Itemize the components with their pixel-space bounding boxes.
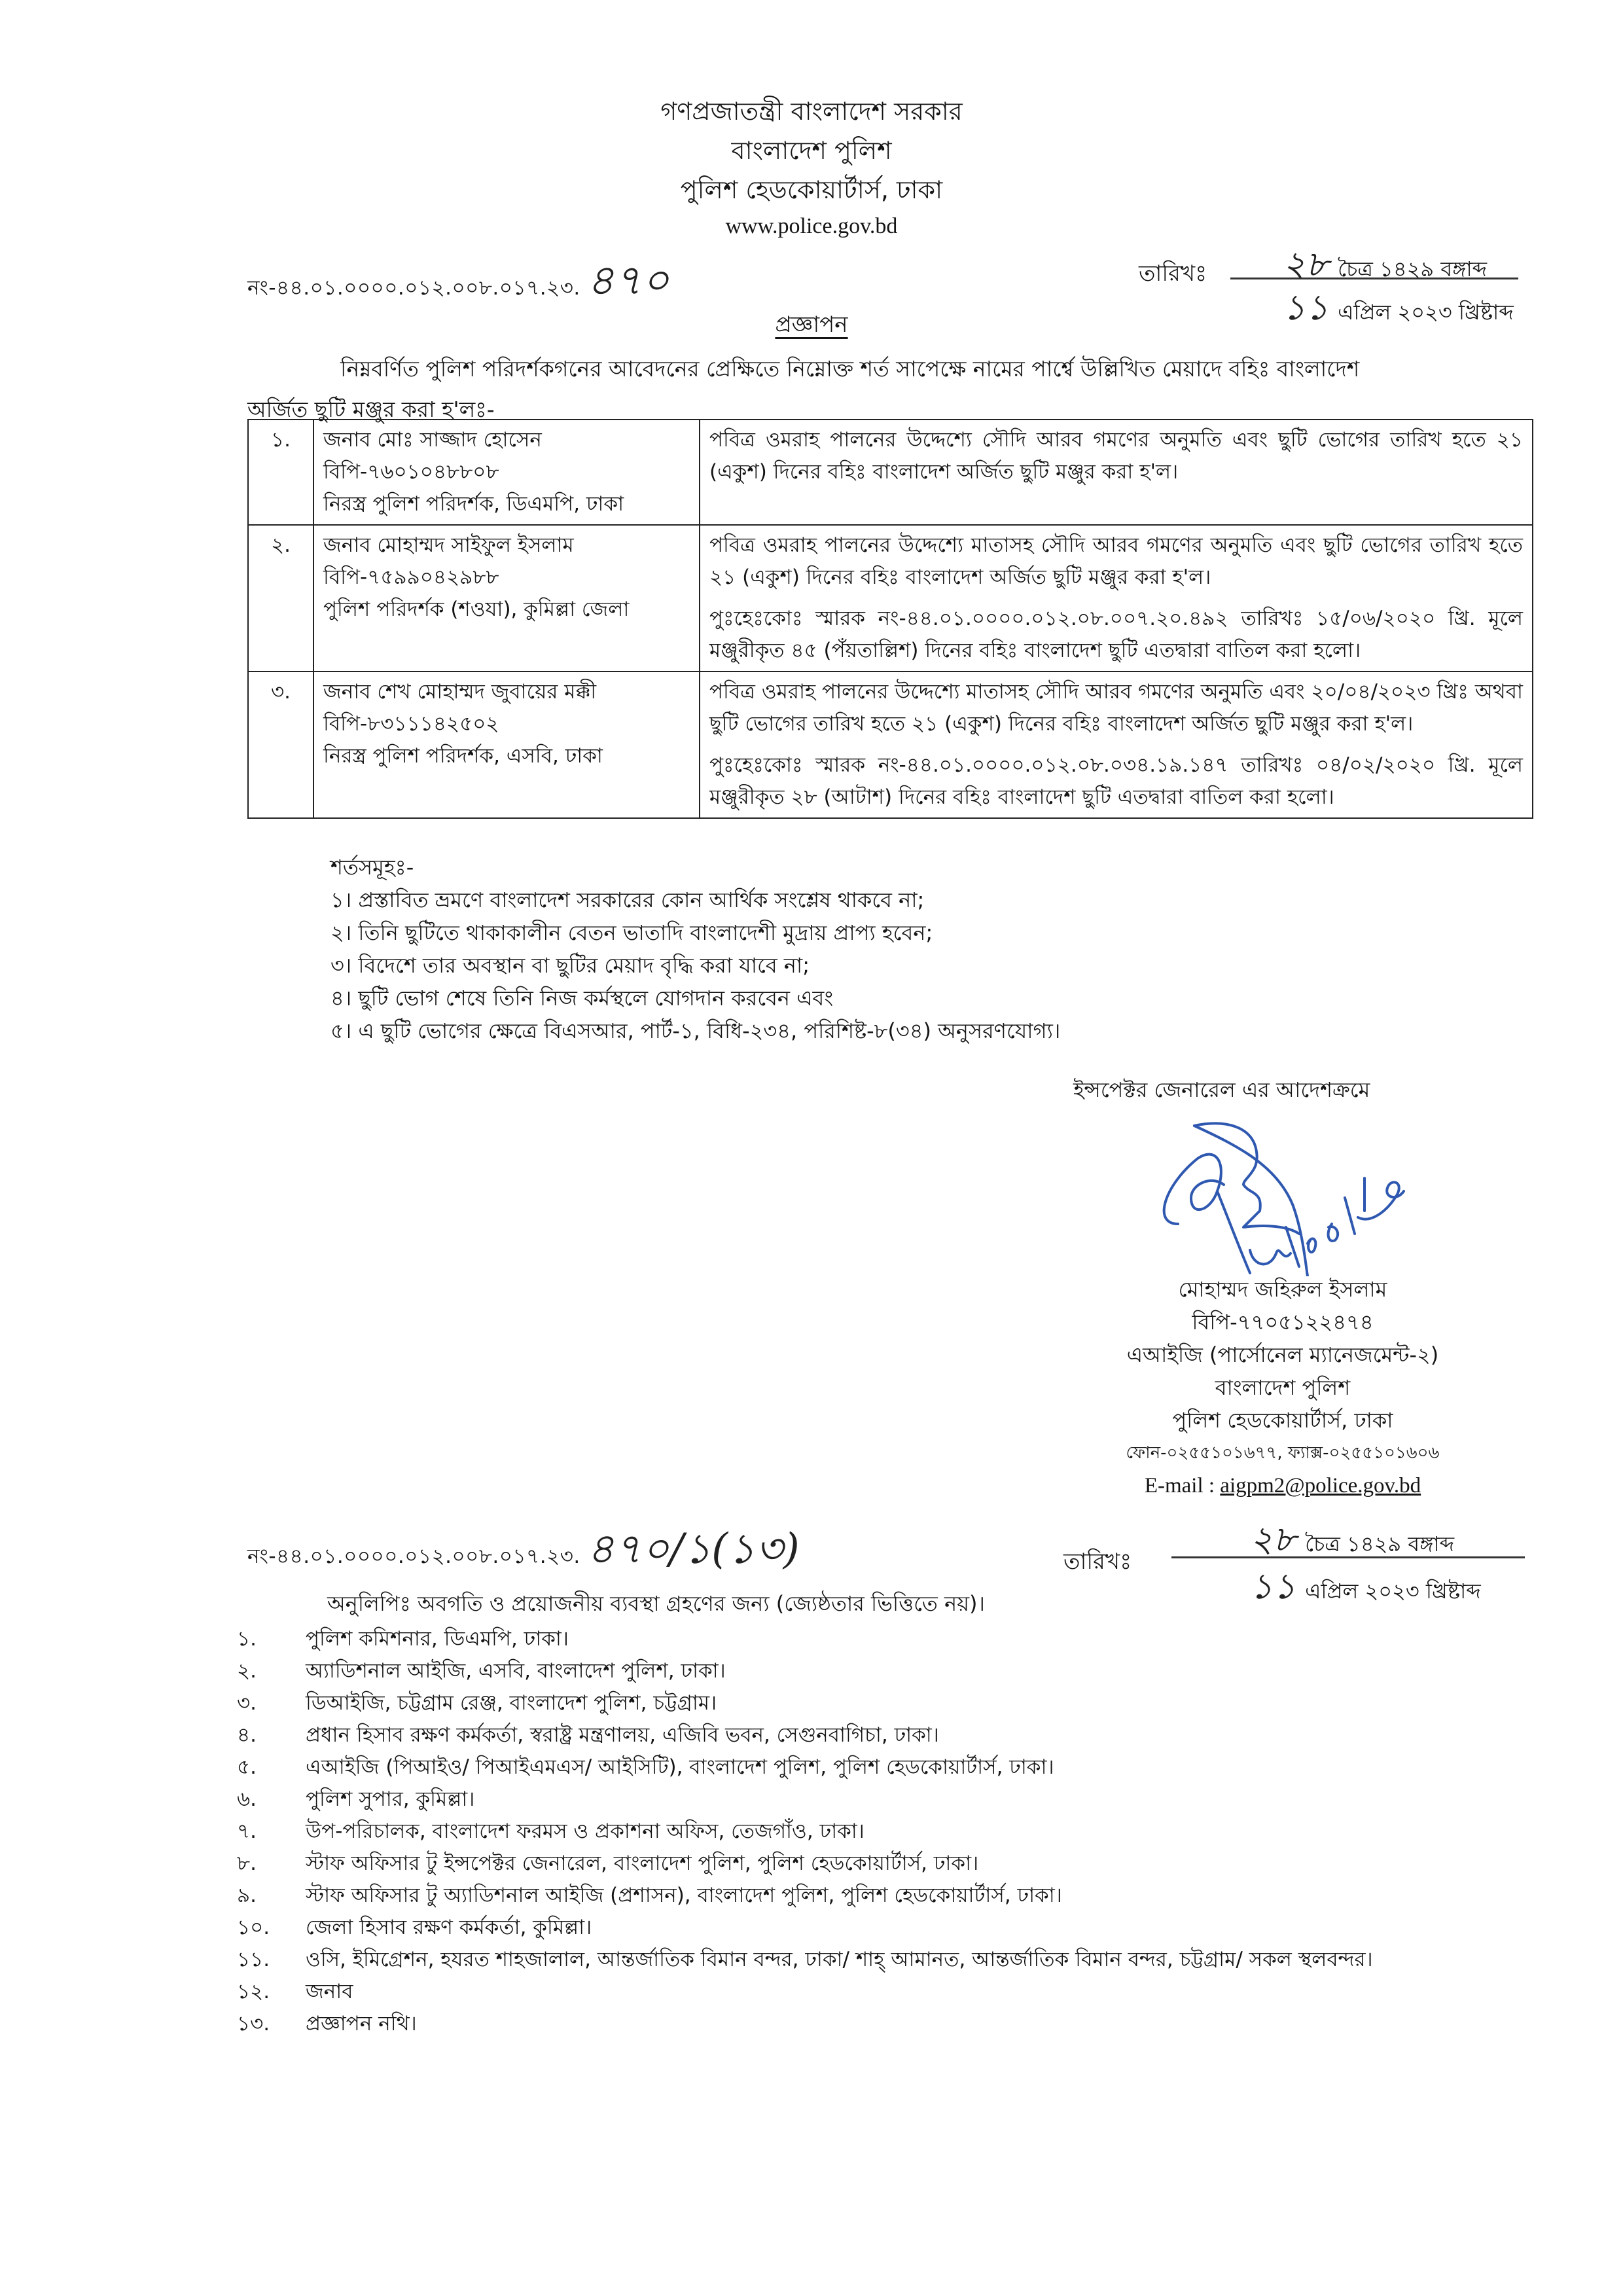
- condition-item: ৪। ছুটি ভোগ শেষে তিনি নিজ কর্মস্থলে যোগদ…: [330, 982, 1060, 1014]
- grant-serial: ৩.: [248, 672, 313, 818]
- date-divider: [1230, 278, 1518, 279]
- copy-recipient-text: উপ-পরিচালক, বাংলাদেশ ফরমস ও প্রকাশনা অফি…: [306, 1816, 865, 1848]
- copy-date-divider: [1171, 1556, 1525, 1558]
- date-label: তারিখঃ: [1139, 257, 1207, 294]
- office-name: পুলিশ হেডকোয়ার্টার্স, ঢাকা: [0, 170, 1623, 209]
- copy-recipient-text: পুলিশ সুপার, কুমিল্লা।: [306, 1784, 474, 1816]
- copy-recipient-number: ১৩.: [237, 2008, 306, 2040]
- copy-date-greg-rest: এপ্রিল ২০২৩ খ্রিষ্টাব্দ: [1305, 1579, 1481, 1604]
- copy-memo-number-handwritten: ৪৭০/১(১৩): [587, 1525, 800, 1573]
- signer-phone-fax: ফোন-০২৫৫১০১৬৭৭, ফ্যাক্স-০২৫৫১০১৬০৬: [1021, 1437, 1544, 1469]
- copy-recipient-number: ৮.: [237, 1848, 306, 1880]
- grant-detail-paragraph: পুঃহেঃকোঃ স্মারক নং-৪৪.০১.০০০০.০১২.০৮.০৩…: [709, 749, 1523, 814]
- copy-recipient-number: ৩.: [237, 1687, 306, 1719]
- memo-number-handwritten: ৪৭০: [587, 257, 669, 305]
- copy-recipient-text: প্রধান হিসাব রক্ষণ কর্মকর্তা, স্বরাষ্ট্র…: [306, 1719, 939, 1751]
- grant-officer: জনাব মোহাম্মদ সাইফুল ইসলামবিপি-৭৫৯৯০৪২৯৮…: [313, 525, 700, 672]
- email-label: E-mail :: [1145, 1474, 1220, 1498]
- copy-recipient: ৪.প্রধান হিসাব রক্ষণ কর্মকর্তা, স্বরাষ্ট…: [237, 1719, 1373, 1751]
- copy-recipient-number: ৪.: [237, 1719, 306, 1751]
- grant-details: পবিত্র ওমরাহ পালনের উদ্দেশ্যে মাতাসহ সৌদ…: [700, 672, 1533, 818]
- leave-grant-table: ১.জনাব মোঃ সাজ্জাদ হোসেনবিপি-৭৬০১০৪৮৮০৮ন…: [247, 419, 1533, 819]
- copy-recipient-number: ১০.: [237, 1912, 306, 1944]
- copy-date-gregorian: ১১এপ্রিল ২০২৩ খ্রিষ্টাব্দ: [1250, 1559, 1481, 1618]
- email-link[interactable]: aigpm2@police.gov.bd: [1220, 1474, 1421, 1498]
- officer-name: জনাব শেখ মোহাম্মদ জুবায়ের মক্কী: [323, 676, 690, 708]
- copy-memo-number-prefix: নং-৪৪.০১.০০০০.০১২.০০৮.০১৭.২৩.: [247, 1545, 580, 1568]
- memo-number-prefix: নং-৪৪.০১.০০০০.০১২.০০৮.০১৭.২৩.: [247, 276, 580, 300]
- officer-designation: নিরস্ত্র পুলিশ পরিদর্শক, এসবি, ঢাকা: [323, 740, 690, 772]
- copy-recipient-text: এআইজি (পিআইও/ পিআইএমএস/ আইসিটি), বাংলাদে…: [306, 1751, 1054, 1784]
- officer-bp: বিপি-৭৫৯৯০৪২৯৮৮: [323, 562, 690, 594]
- officer-name: জনাব মোঃ সাজ্জাদ হোসেন: [323, 424, 690, 456]
- grant-row: ২.জনাব মোহাম্মদ সাইফুল ইসলামবিপি-৭৫৯৯০৪২…: [248, 525, 1533, 672]
- officer-bp: বিপি-৭৬০১০৪৮৮০৮: [323, 456, 690, 488]
- signer-name: মোহাম্মদ জহিরুল ইসলাম: [1021, 1273, 1544, 1306]
- grant-row: ৩.জনাব শেখ মোহাম্মদ জুবায়ের মক্কীবিপি-৮…: [248, 672, 1533, 818]
- copy-recipient: ৫.এআইজি (পিআইও/ পিআইএমএস/ আইসিটি), বাংলা…: [237, 1751, 1373, 1784]
- condition-item: ১। প্রস্তাবিত ভ্রমণে বাংলাদেশ সরকারের কো…: [330, 884, 1060, 916]
- copy-recipient: ১৩.প্রজ্ঞাপন নথি।: [237, 2008, 1373, 2040]
- copy-recipient: ১০.জেলা হিসাব রক্ষণ কর্মকর্তা, কুমিল্লা।: [237, 1912, 1373, 1944]
- signer-org: বাংলাদেশ পুলিশ: [1021, 1371, 1544, 1404]
- copy-recipient: ৬.পুলিশ সুপার, কুমিল্লা।: [237, 1784, 1373, 1816]
- copy-date-bangla-day: ২৮: [1250, 1518, 1296, 1560]
- conditions-list: শর্তসমূহঃ- ১। প্রস্তাবিত ভ্রমণে বাংলাদেশ…: [330, 851, 1060, 1047]
- notification-title: প্রজ্ঞাপন: [0, 308, 1623, 345]
- order-authority-line: ইন্সপেক্টর জেনারেল এর আদেশক্রমে: [1073, 1073, 1370, 1109]
- copy-memo-number: নং-৪৪.০১.০০০০.০১২.০০৮.০১৭.২৩.৪৭০/১(১৩): [247, 1517, 800, 1587]
- copy-recipient: ৯.স্টাফ অফিসার টু অ্যাডিশনাল আইজি (প্রশা…: [237, 1880, 1373, 1912]
- signature-image: [1139, 1113, 1440, 1276]
- copy-recipient-text: স্টাফ অফিসার টু ইন্সপেক্টর জেনারেল, বাংল…: [306, 1848, 978, 1880]
- condition-item: ৫। এ ছুটি ভোগের ক্ষেত্রে বিএসআর, পার্ট-১…: [330, 1014, 1060, 1047]
- copy-recipient-number: ৯.: [237, 1880, 306, 1912]
- copy-recipient: ২.অ্যাডিশনাল আইজি, এসবি, বাংলাদেশ পুলিশ,…: [237, 1655, 1373, 1687]
- copy-recipient-text: জনাব: [306, 1976, 353, 2008]
- govt-name: গণপ্রজাতন্ত্রী বাংলাদেশ সরকার: [0, 92, 1623, 131]
- copy-recipient: ১.পুলিশ কমিশনার, ডিএমপি, ঢাকা।: [237, 1623, 1373, 1655]
- grant-detail-paragraph: পবিত্র ওমরাহ পালনের উদ্দেশ্যে মাতাসহ সৌদ…: [709, 529, 1523, 594]
- officer-bp: বিপি-৮৩১১১৪২৫০২: [323, 708, 690, 740]
- copy-recipient-number: ১২.: [237, 1976, 306, 2008]
- grant-serial: ২.: [248, 525, 313, 672]
- signer-designation: এআইজি (পার্সোনেল ম্যানেজমেন্ট-২): [1021, 1338, 1544, 1371]
- copy-date-label: তারিখঃ: [1063, 1545, 1132, 1582]
- copy-recipient-number: ২.: [237, 1655, 306, 1687]
- grant-detail-paragraph: পবিত্র ওমরাহ পালনের উদ্দেশ্যে সৌদি আরব গ…: [709, 424, 1523, 488]
- signer-office: পুলিশ হেডকোয়ার্টার্স, ঢাকা: [1021, 1404, 1544, 1437]
- copy-recipient: ১১.ওসি, ইমিগ্রেশন, হযরত শাহজালাল, আন্তর্…: [237, 1944, 1373, 1976]
- signer-block: মোহাম্মদ জহিরুল ইসলাম বিপি-৭৭০৫১২২৪৭৪ এআ…: [1021, 1273, 1544, 1502]
- copy-recipient-text: স্টাফ অফিসার টু অ্যাডিশনাল আইজি (প্রশাসন…: [306, 1880, 1062, 1912]
- grant-detail-paragraph: পুঃহেঃকোঃ স্মারক নং-৪৪.০১.০০০০.০১২.০৮.০০…: [709, 603, 1523, 667]
- copy-recipient-text: পুলিশ কমিশনার, ডিএমপি, ঢাকা।: [306, 1623, 569, 1655]
- officer-designation: নিরস্ত্র পুলিশ পরিদর্শক, ডিএমপি, ঢাকা: [323, 488, 690, 520]
- copy-recipient-number: ৬.: [237, 1784, 306, 1816]
- signer-bp: বিপি-৭৭০৫১২২৪৭৪: [1021, 1306, 1544, 1338]
- conditions-heading: শর্তসমূহঃ-: [330, 851, 1060, 884]
- copy-recipient-number: ১১.: [237, 1944, 306, 1976]
- org-name: বাংলাদেশ পুলিশ: [0, 131, 1623, 170]
- copy-recipient-number: ৭.: [237, 1816, 306, 1848]
- letterhead: গণপ্রজাতন্ত্রী বাংলাদেশ সরকার বাংলাদেশ প…: [0, 92, 1623, 243]
- document-page: গণপ্রজাতন্ত্রী বাংলাদেশ সরকার বাংলাদেশ প…: [0, 0, 1623, 2296]
- signer-email: E-mail : aigpm2@police.gov.bd: [1021, 1469, 1544, 1502]
- copy-recipient-text: ডিআইজি, চট্টগ্রাম রেঞ্জ, বাংলাদেশ পুলিশ,…: [306, 1687, 717, 1719]
- copy-recipient: ৭.উপ-পরিচালক, বাংলাদেশ ফরমস ও প্রকাশনা অ…: [237, 1816, 1373, 1848]
- copy-recipient-number: ৫.: [237, 1751, 306, 1784]
- officer-designation: পুলিশ পরিদর্শক (শওযা), কুমিল্লা জেলা: [323, 594, 690, 626]
- condition-item: ২। তিনি ছুটিতে থাকাকালীন বেতন ভাতাদি বাং…: [330, 916, 1060, 949]
- grant-serial: ১.: [248, 420, 313, 525]
- condition-item: ৩। বিদেশে তার অবস্থান বা ছুটির মেয়াদ বৃ…: [330, 949, 1060, 982]
- copy-recipient: ৩.ডিআইজি, চট্টগ্রাম রেঞ্জ, বাংলাদেশ পুলি…: [237, 1687, 1373, 1719]
- grant-officer: জনাব মোঃ সাজ্জাদ হোসেনবিপি-৭৬০১০৪৮৮০৮নির…: [313, 420, 700, 525]
- intro-paragraph: নিম্নবর্ণিত পুলিশ পরিদর্শকগনের আবেদনের প…: [340, 350, 1538, 388]
- copy-recipient-text: জেলা হিসাব রক্ষণ কর্মকর্তা, কুমিল্লা।: [306, 1912, 592, 1944]
- grant-details: পবিত্র ওমরাহ পালনের উদ্দেশ্যে মাতাসহ সৌদ…: [700, 525, 1533, 672]
- copy-recipient-text: ওসি, ইমিগ্রেশন, হযরত শাহজালাল, আন্তর্জাত…: [306, 1944, 1373, 1976]
- copy-date-greg-day: ১১: [1250, 1566, 1296, 1607]
- grant-officer: জনাব শেখ মোহাম্মদ জুবায়ের মক্কীবিপি-৮৩১…: [313, 672, 700, 818]
- copy-date-bangla-rest: চৈত্র ১৪২৯ বঙ্গাব্দ: [1305, 1532, 1454, 1556]
- copy-recipient-text: প্রজ্ঞাপন নথি।: [306, 2008, 417, 2040]
- officer-name: জনাব মোহাম্মদ সাইফুল ইসলাম: [323, 529, 690, 562]
- copy-recipient-text: অ্যাডিশনাল আইজি, এসবি, বাংলাদেশ পুলিশ, ঢ…: [306, 1655, 726, 1687]
- copy-recipient: ১২.জনাব: [237, 1976, 1373, 2008]
- copy-recipient-number: ১.: [237, 1623, 306, 1655]
- copies-list: ১.পুলিশ কমিশনার, ডিএমপি, ঢাকা।২.অ্যাডিশন…: [237, 1623, 1373, 2040]
- grant-row: ১.জনাব মোঃ সাজ্জাদ হোসেনবিপি-৭৬০১০৪৮৮০৮ন…: [248, 420, 1533, 525]
- grant-details: পবিত্র ওমরাহ পালনের উদ্দেশ্যে সৌদি আরব গ…: [700, 420, 1533, 525]
- copy-recipient: ৮.স্টাফ অফিসার টু ইন্সপেক্টর জেনারেল, বা…: [237, 1848, 1373, 1880]
- grant-detail-paragraph: পবিত্র ওমরাহ পালনের উদ্দেশ্যে মাতাসহ সৌদ…: [709, 676, 1523, 740]
- copies-intro: অনুলিপিঃ অবগতি ও প্রয়োজনীয় ব্যবস্থা গ্…: [327, 1587, 985, 1623]
